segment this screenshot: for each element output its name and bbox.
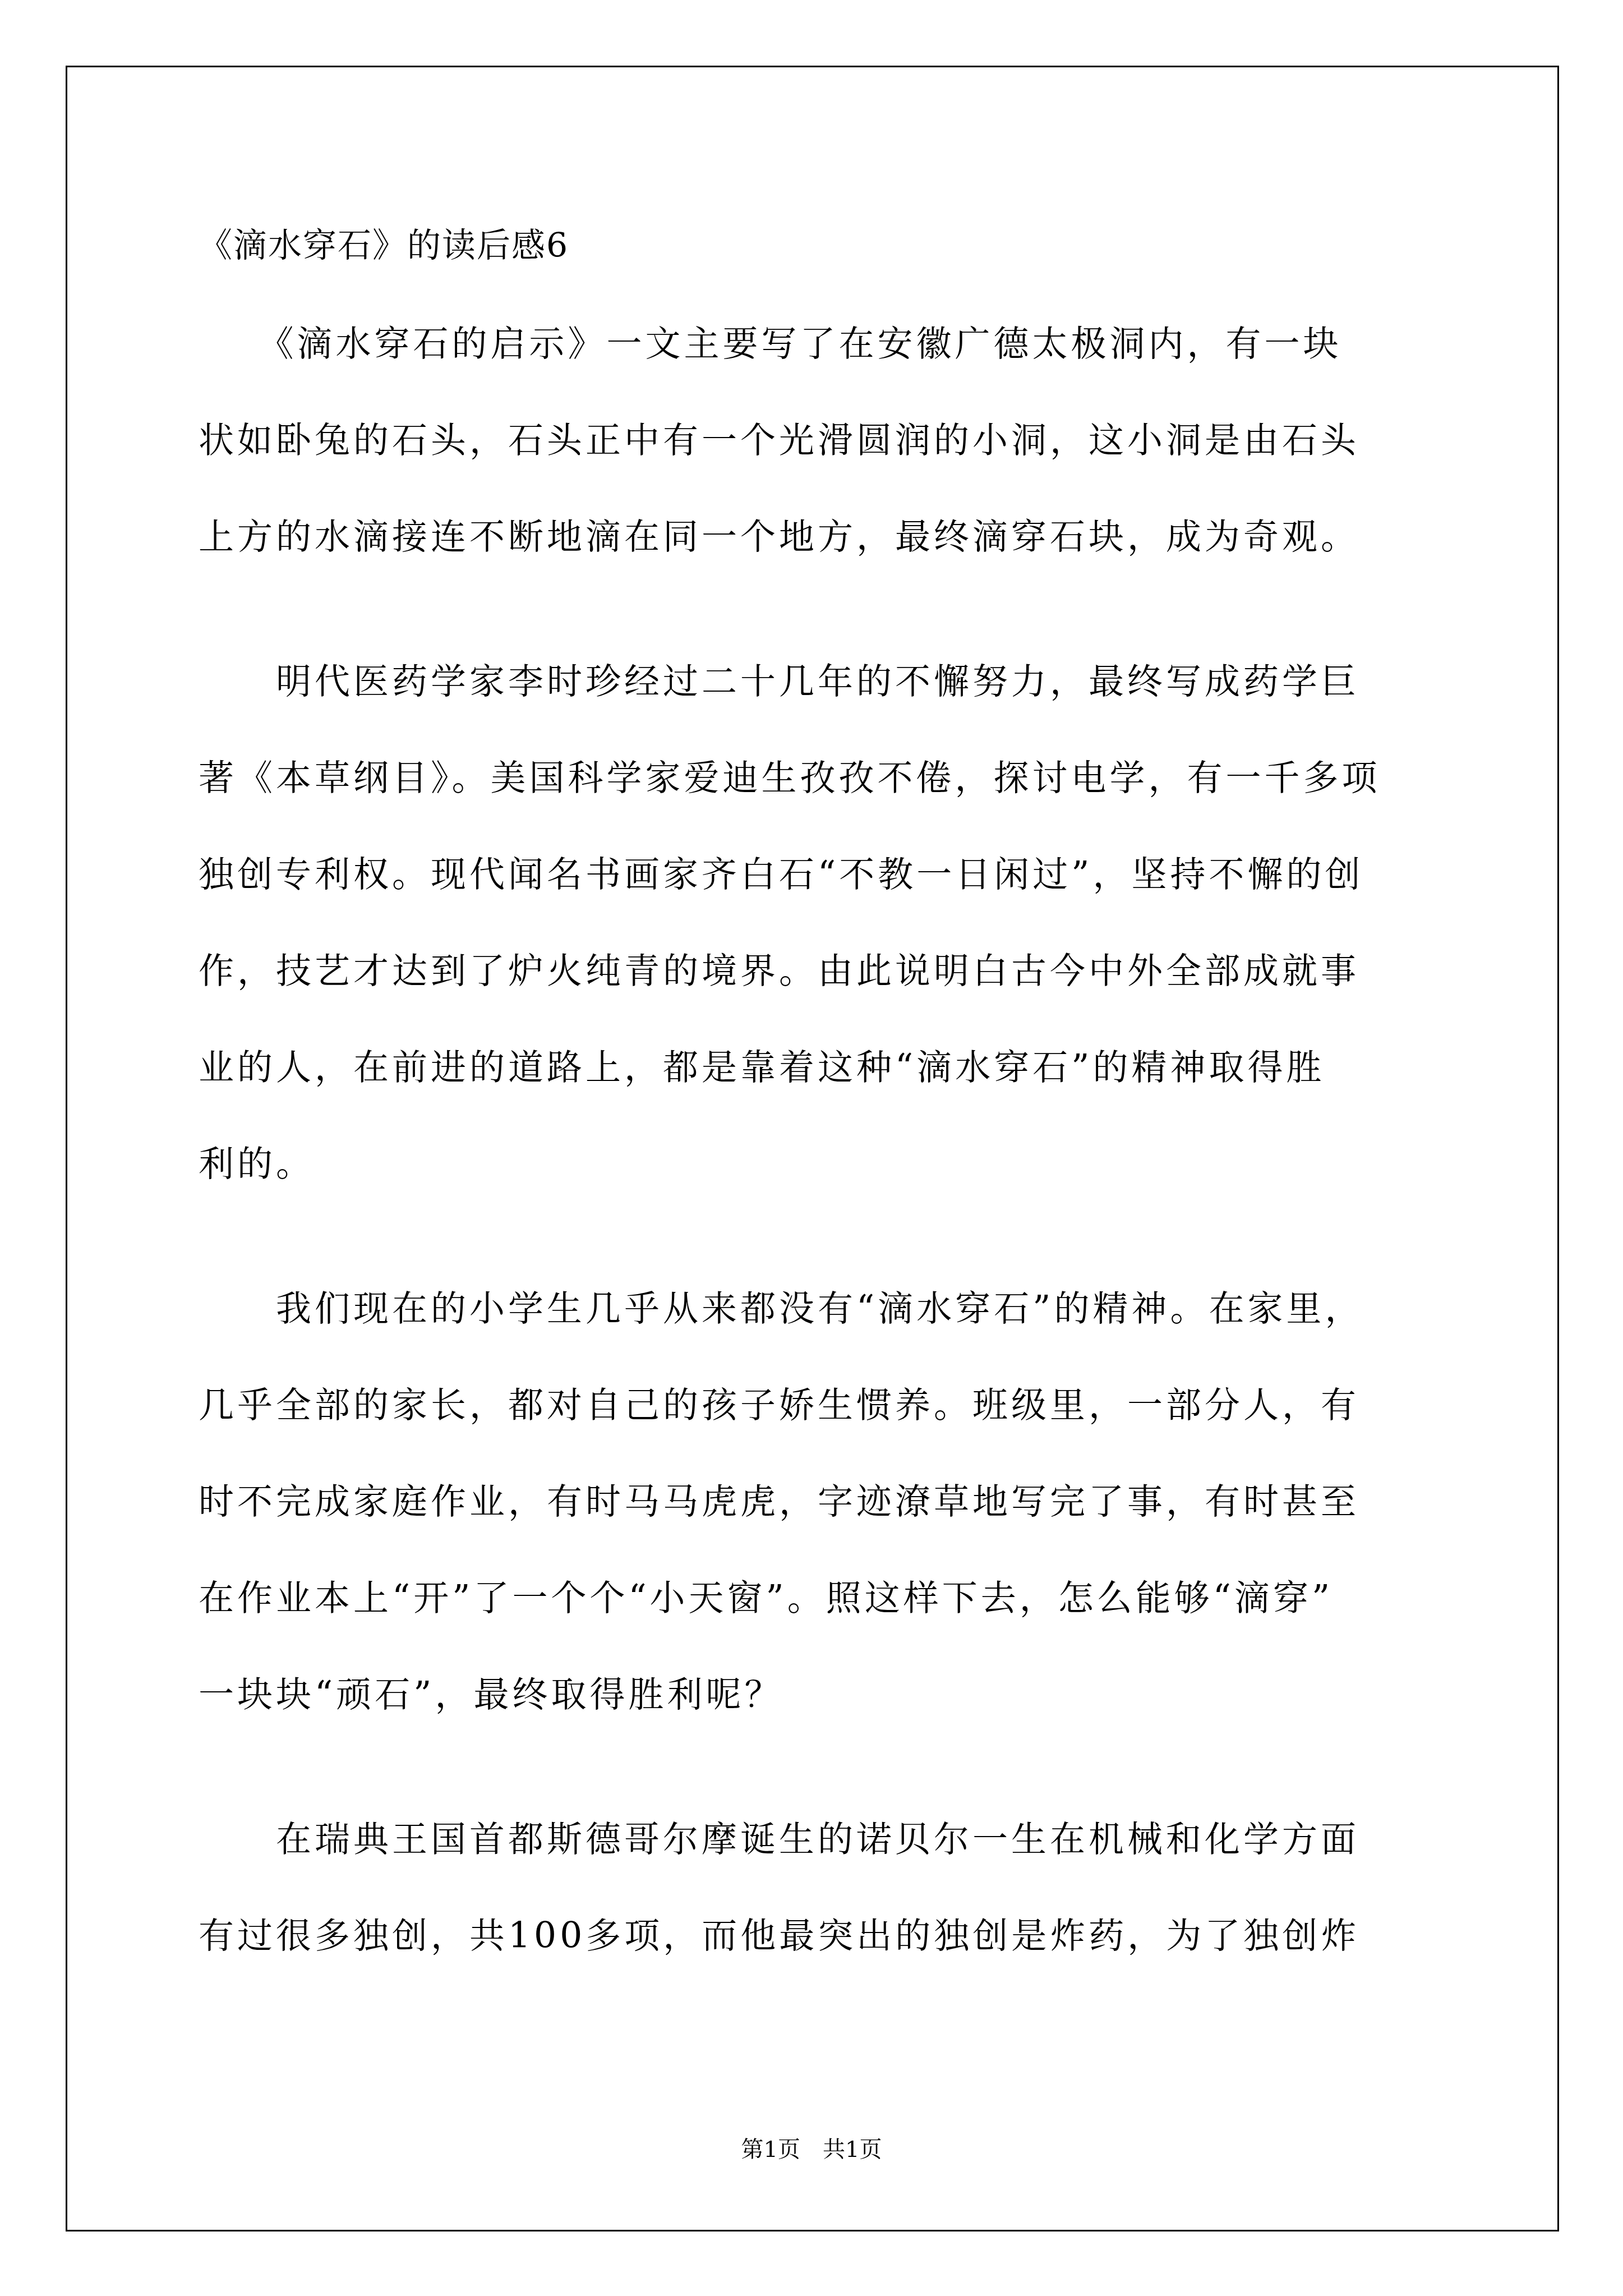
paragraph-line: 时不完成家庭作业，有时马马虎虎，字迹潦草地写完了事，有时甚至 <box>199 1479 1359 1524</box>
paragraph-line: 独创专利权。现代闻名书画家齐白石“不教一日闲过”，坚持不懈的创 <box>199 852 1363 897</box>
page-footer: 第1页共1页 <box>0 2132 1623 2164</box>
paragraph-line: 著《本草纲目》。美国科学家爱迪生孜孜不倦，探讨电学，有一千多项 <box>199 756 1381 800</box>
paragraph-line: 利的。 <box>199 1142 315 1186</box>
paragraph-line: 我们现在的小学生几乎从来都没有“滴水穿石”的精神。在家里， <box>199 1286 1363 1331</box>
paragraph-line: 几乎全部的家长，都对自己的孩子娇生惯养。班级里，一部分人，有 <box>199 1383 1359 1428</box>
document-title: 《滴水穿石》的读后感6 <box>199 219 569 267</box>
paragraph-line: 在作业本上“开”了一个个“小天窗”。照这样下去，怎么能够“滴穿” <box>199 1576 1333 1621</box>
paragraph-line: 在瑞典王国首都斯德哥尔摩诞生的诺贝尔一生在机械和化学方面 <box>199 1817 1359 1862</box>
paragraph-line: 明代医药学家李时珍经过二十几年的不懈努力，最终写成药学巨 <box>199 659 1359 704</box>
paragraph-line: 有过很多独创，共100多项，而他最突出的独创是炸药，为了独创炸 <box>199 1913 1359 1958</box>
paragraph-line: 状如卧兔的石头，石头正中有一个光滑圆润的小洞，这小洞是由石头 <box>199 418 1359 463</box>
paragraph-line: 作，技艺才达到了炉火纯青的境界。由此说明白古今中外全部成就事 <box>199 949 1359 993</box>
paragraph-line: 上方的水滴接连不断地滴在同一个地方，最终滴穿石块，成为奇观。 <box>199 514 1359 559</box>
paragraph-line: 业的人，在前进的道路上，都是靠着这种“滴水穿石”的精神取得胜 <box>199 1045 1325 1090</box>
page-number-total: 共1页 <box>823 2137 882 2162</box>
page-number-current: 第1页 <box>741 2137 800 2162</box>
paragraph-line: 一块块“顽石”，最终取得胜利呢？ <box>199 1672 783 1717</box>
paragraph-line: 《滴水穿石的启示》一文主要写了在安徽广德太极洞内，有一块 <box>199 321 1342 366</box>
